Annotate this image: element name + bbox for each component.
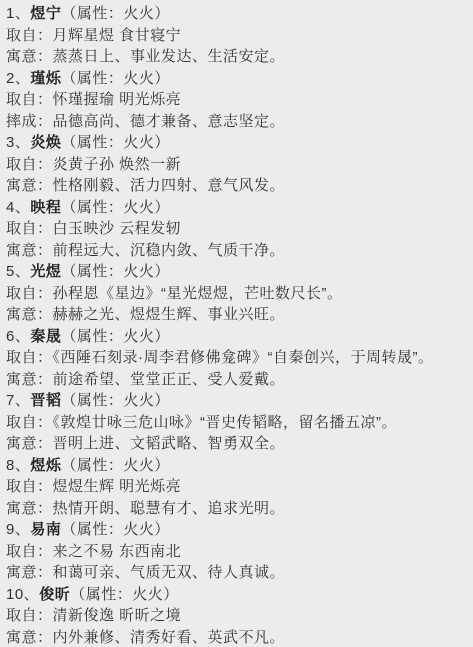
entry-meaning: 寓意：晋明上进、文韬武略、智勇双全。 bbox=[6, 433, 467, 455]
entry-origin: 取自：《敦煌廿咏三危山咏》“晋史传韬略，留名播五凉”。 bbox=[6, 412, 467, 434]
entry-attribute: （属性：火火） bbox=[61, 392, 170, 409]
entry-name: 易南 bbox=[30, 521, 61, 538]
entry-number: 3、 bbox=[6, 134, 30, 151]
entry-title: 8、煜烁（属性：火火） bbox=[6, 455, 467, 477]
entry-origin: 取自：白玉映沙 云程发轫 bbox=[6, 218, 467, 240]
entry-title: 2、瑾烁（属性：火火） bbox=[6, 68, 467, 90]
name-entry: 8、煜烁（属性：火火） 取自：煜煜生辉 明光烁亮 寓意：热情开朗、聪慧有才、追求… bbox=[6, 455, 467, 520]
entry-title: 10、俊昕（属性：火火） bbox=[6, 584, 467, 606]
name-entry: 6、秦晟（属性：火火） 取自：《西陲石刻录·周李君修佛龛碑》“自秦创兴，于周转晟… bbox=[6, 326, 467, 391]
name-entry: 9、易南（属性：火火） 取自：来之不易 东西南北 寓意：和蔼可亲、气质无双、待人… bbox=[6, 519, 467, 584]
entry-attribute: （属性：火火） bbox=[61, 5, 170, 22]
entry-attribute: （属性：火火） bbox=[61, 521, 170, 538]
entry-name: 光煜 bbox=[30, 263, 61, 280]
entry-title: 1、煜宁（属性：火火） bbox=[6, 3, 467, 25]
entry-origin: 取自：炎黄子孙 焕然一新 bbox=[6, 154, 467, 176]
name-entry: 2、瑾烁（属性：火火） 取自：怀瑾握瑜 明光烁亮 摔成：品德高尚、德才兼备、意志… bbox=[6, 68, 467, 133]
entry-number: 7、 bbox=[6, 392, 30, 409]
entry-name: 俊昕 bbox=[39, 586, 70, 603]
name-entry: 10、俊昕（属性：火火） 取自：清新俊逸 昕昕之境 寓意：内外兼修、清秀好看、英… bbox=[6, 584, 467, 647]
name-entry: 4、映程（属性：火火） 取自：白玉映沙 云程发轫 寓意：前程远大、沉稳内敛、气质… bbox=[6, 197, 467, 262]
entry-name: 晋韬 bbox=[30, 392, 61, 409]
entry-origin: 取自：清新俊逸 昕昕之境 bbox=[6, 605, 467, 627]
entry-title: 9、易南（属性：火火） bbox=[6, 519, 467, 541]
entry-attribute: （属性：火火） bbox=[61, 134, 170, 151]
entry-number: 6、 bbox=[6, 328, 30, 345]
entry-number: 2、 bbox=[6, 70, 30, 87]
entry-name: 炎焕 bbox=[30, 134, 61, 151]
entry-attribute: （属性：火火） bbox=[61, 199, 170, 216]
entry-origin: 取自：来之不易 东西南北 bbox=[6, 541, 467, 563]
entry-number: 8、 bbox=[6, 457, 30, 474]
name-list: 1、煜宁（属性：火火） 取自：月辉星煜 食甘寝宁 寓意：蒸蒸日上、事业发达、生活… bbox=[0, 0, 473, 647]
entry-origin: 取自：怀瑾握瑜 明光烁亮 bbox=[6, 89, 467, 111]
entry-number: 10、 bbox=[6, 586, 39, 603]
entry-origin: 取自：《西陲石刻录·周李君修佛龛碑》“自秦创兴，于周转晟”。 bbox=[6, 347, 467, 369]
entry-attribute: （属性：火火） bbox=[61, 263, 170, 280]
entry-title: 3、炎焕（属性：火火） bbox=[6, 132, 467, 154]
entry-name: 煜宁 bbox=[30, 5, 61, 22]
entry-number: 5、 bbox=[6, 263, 30, 280]
name-entry: 5、光煜（属性：火火） 取自：孙程恩《星边》“星光煜煜，芒吐数尺长”。 寓意：赫… bbox=[6, 261, 467, 326]
entry-attribute: （属性：火火） bbox=[61, 457, 170, 474]
entry-meaning: 寓意：热情开朗、聪慧有才、追求光明。 bbox=[6, 498, 467, 520]
entry-attribute: （属性：火火） bbox=[61, 328, 170, 345]
name-entry: 3、炎焕（属性：火火） 取自：炎黄子孙 焕然一新 寓意：性格刚毅、活力四射、意气… bbox=[6, 132, 467, 197]
entry-meaning: 寓意：内外兼修、清秀好看、英武不凡。 bbox=[6, 627, 467, 647]
entry-meaning: 摔成：品德高尚、德才兼备、意志坚定。 bbox=[6, 111, 467, 133]
entry-meaning: 寓意：赫赫之光、煜煜生辉、事业兴旺。 bbox=[6, 304, 467, 326]
entry-name: 瑾烁 bbox=[30, 70, 61, 87]
entry-name: 映程 bbox=[30, 199, 61, 216]
entry-origin: 取自：孙程恩《星边》“星光煜煜，芒吐数尺长”。 bbox=[6, 283, 467, 305]
entry-attribute: （属性：火火） bbox=[70, 586, 179, 603]
entry-meaning: 寓意：前程远大、沉稳内敛、气质干净。 bbox=[6, 240, 467, 262]
entry-meaning: 寓意：蒸蒸日上、事业发达、生活安定。 bbox=[6, 46, 467, 68]
name-entry: 7、晋韬（属性：火火） 取自：《敦煌廿咏三危山咏》“晋史传韬略，留名播五凉”。 … bbox=[6, 390, 467, 455]
entry-origin: 取自：煜煜生辉 明光烁亮 bbox=[6, 476, 467, 498]
entry-title: 4、映程（属性：火火） bbox=[6, 197, 467, 219]
entry-meaning: 寓意：和蔼可亲、气质无双、待人真诚。 bbox=[6, 562, 467, 584]
entry-title: 5、光煜（属性：火火） bbox=[6, 261, 467, 283]
entry-meaning: 寓意：前途希望、堂堂正正、受人爱戴。 bbox=[6, 369, 467, 391]
entry-number: 9、 bbox=[6, 521, 30, 538]
entry-number: 4、 bbox=[6, 199, 30, 216]
entry-meaning: 寓意：性格刚毅、活力四射、意气风发。 bbox=[6, 175, 467, 197]
entry-title: 6、秦晟（属性：火火） bbox=[6, 326, 467, 348]
entry-title: 7、晋韬（属性：火火） bbox=[6, 390, 467, 412]
entry-name: 煜烁 bbox=[30, 457, 61, 474]
entry-origin: 取自：月辉星煜 食甘寝宁 bbox=[6, 25, 467, 47]
entry-number: 1、 bbox=[6, 5, 30, 22]
entry-attribute: （属性：火火） bbox=[61, 70, 170, 87]
name-entry: 1、煜宁（属性：火火） 取自：月辉星煜 食甘寝宁 寓意：蒸蒸日上、事业发达、生活… bbox=[6, 3, 467, 68]
entry-name: 秦晟 bbox=[30, 328, 61, 345]
